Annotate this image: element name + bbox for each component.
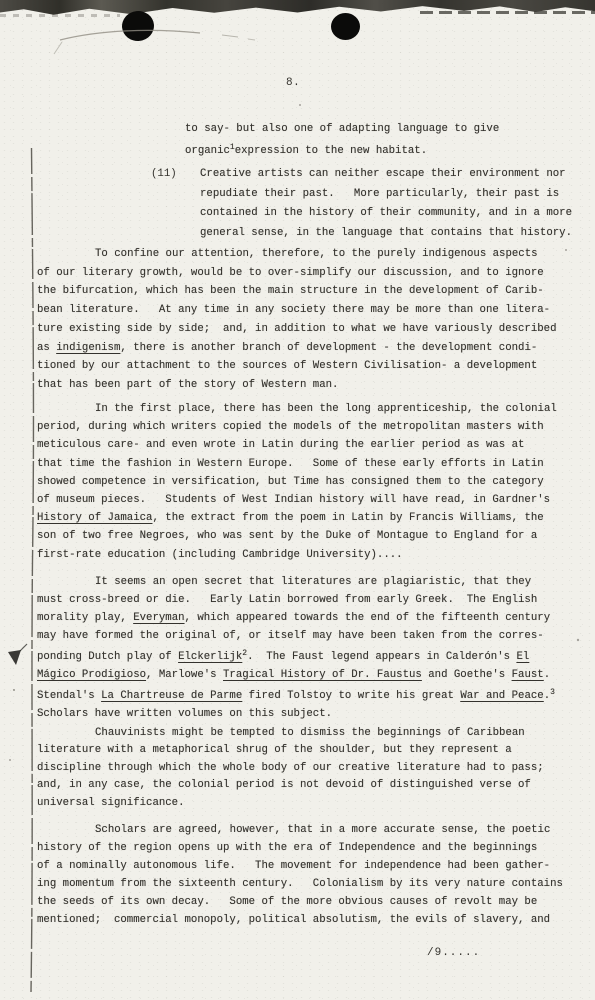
paragraph-bifurcation: To confine our attention, therefore, to … [37, 245, 557, 395]
list-item-11: Creative artists can neither escape thei… [200, 165, 572, 244]
paragraph-chauvinists: Chauvinists might be tempted to dismiss … [37, 725, 544, 812]
text-line: bean literature. At any time in any soci… [37, 301, 557, 320]
text-line: of a nominally autonomous life. The move… [37, 858, 563, 876]
text-line: the seeds of its own decay. Some of the … [37, 894, 563, 912]
text-line: first-rate education (including Cambridg… [37, 546, 557, 564]
text-line: literature with a metaphorical shrug of … [37, 742, 544, 759]
paragraph-colonial-apprenticeship: In the first place, there has been the l… [37, 400, 557, 564]
punch-hole-icon [121, 9, 156, 42]
text-line: Scholars are agreed, however, that in a … [37, 822, 563, 840]
text-line: Chauvinists might be tempted to dismiss … [37, 725, 544, 742]
paragraph-independence: Scholars are agreed, however, that in a … [37, 822, 563, 929]
text-line: ponding Dutch play of Elckerlijk2. The F… [37, 645, 555, 666]
text-line: as indigenism, there is another branch o… [37, 339, 557, 358]
text-line: universal significance. [37, 795, 544, 812]
text-line: discipline through which the whole body … [37, 760, 544, 777]
text-line: ing momentum from the sixteenth century.… [37, 876, 563, 894]
text-line: repudiate their past. More particularly,… [200, 185, 572, 205]
text-line: history of the region opens up with the … [37, 840, 563, 858]
scanned-document: { "palette":{ "paper":"#f1f0ea", "ink":"… [0, 0, 595, 1000]
scan-edge-dashes-right [420, 11, 595, 14]
text-line: Stendal's La Chartreuse de Parme fired T… [37, 684, 555, 705]
text-line: Mágico Prodigioso, Marlowe's Tragical Hi… [37, 666, 555, 684]
paragraph-continuation: to say- but also one of adapting languag… [185, 121, 499, 160]
punch-hole-icon [331, 13, 360, 40]
text-line: to say- but also one of adapting languag… [185, 121, 499, 139]
text-line: It seems an open secret that literatures… [37, 573, 555, 591]
text-line: of museum pieces. Students of West India… [37, 491, 557, 509]
text-line: Scholars have written volumes on this su… [37, 705, 555, 723]
page-number: 8. [286, 77, 300, 89]
text-line: organic1expression to the new habitat. [185, 139, 499, 161]
text-line: showed competence in versification, but … [37, 473, 557, 491]
text-line: and, in any case, the colonial period is… [37, 777, 544, 794]
text-line: meticulous care- and even wrote in Latin… [37, 436, 557, 454]
scan-edge-dashes-left [0, 14, 120, 17]
text-line: must cross-breed or die. Early Latin bor… [37, 591, 555, 609]
text-line: of our literary growth, would be to over… [37, 264, 557, 283]
text-line: morality play, Everyman, which appeared … [37, 609, 555, 627]
list-item-number: (11) [151, 165, 177, 185]
text-line: To confine our attention, therefore, to … [37, 245, 557, 264]
text-line: ture existing side by side; and, in addi… [37, 320, 557, 339]
text-line: contained in the history of their commun… [200, 204, 572, 224]
text-line: History of Jamaica, the extract from the… [37, 509, 557, 527]
text-line: period, during which writers copied the … [37, 418, 557, 436]
text-line: Creative artists can neither escape thei… [200, 165, 572, 185]
text-line: may have formed the original of, or itse… [37, 627, 555, 645]
text-line: tioned by our attachment to the sources … [37, 357, 557, 376]
text-line: mentioned; commercial monopoly, politica… [37, 912, 563, 930]
text-line: that time the fashion in Western Europe.… [37, 455, 557, 473]
continuation-mark: /9..... [427, 947, 480, 959]
text-line: son of two free Negroes, who was sent by… [37, 527, 557, 545]
paragraph-plagiarism: It seems an open secret that literatures… [37, 573, 555, 723]
text-line: general sense, in the language that cont… [200, 224, 572, 244]
text-line: that has been part of the story of Weste… [37, 376, 557, 395]
text-line: In the first place, there has been the l… [37, 400, 557, 418]
text-line: the bifurcation, which has been the main… [37, 282, 557, 301]
